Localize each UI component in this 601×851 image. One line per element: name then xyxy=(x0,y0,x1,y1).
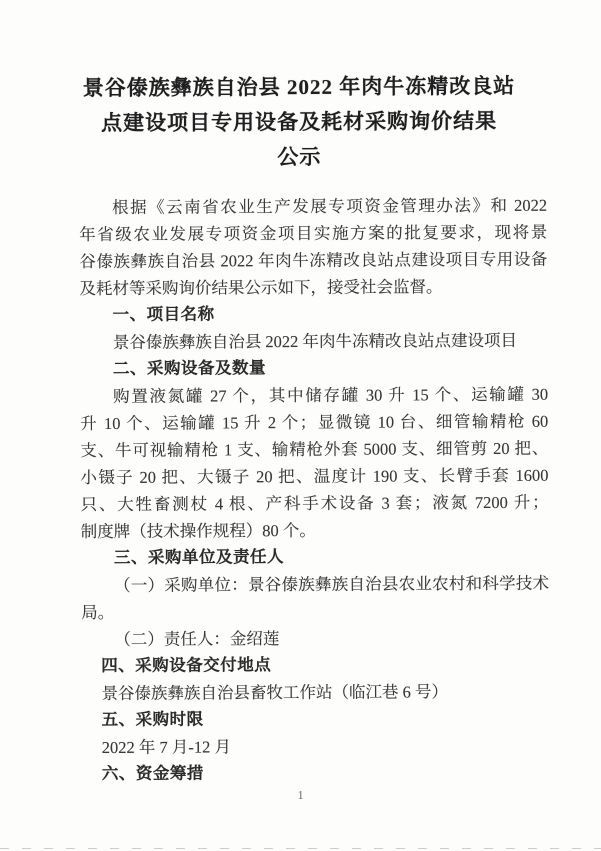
section-heading: 六、资金筹措 xyxy=(82,759,550,788)
page-number: 1 xyxy=(2,786,599,804)
scan-edge-artifact xyxy=(0,848,601,849)
text-line: 年省级农业发展专项资金项目实施方案的批复要求，现将景 xyxy=(79,219,547,248)
text-line: 小镊子 20 把、大镊子 20 把、温度计 190 支、长臂手套 1600 xyxy=(80,462,548,491)
text-line: 2022 年 7 月-12 月 xyxy=(82,732,550,761)
section-heading: 五、采购时限 xyxy=(82,705,550,734)
section-heading: 二、采购设备及数量 xyxy=(80,354,548,383)
section-heading: 四、采购设备交付地点 xyxy=(81,651,549,680)
text-line: 制度牌（技术操作规程）80 个。 xyxy=(81,516,549,545)
text-line: 景谷傣族彝族自治县畜牧工作站（临江巷 6 号） xyxy=(82,678,550,707)
scanned-page: 景谷傣族彝族自治县 2022 年肉牛冻精改良站点建设项目专用设备及耗材采购询价结… xyxy=(0,0,601,851)
text-line: 及耗材等采购询价结果公示如下，接受社会监督。 xyxy=(79,273,547,302)
text-line: 只、大牲畜测杖 4 根、产科手术设备 3 套；液氮 7200 升； xyxy=(81,489,549,518)
text-line: 购置液氮罐 27 个，其中储存罐 30 升 15 个、运输罐 30 xyxy=(80,381,548,410)
text-line: 景谷傣族彝族自治县 2022 年肉牛冻精改良站点建设项目 xyxy=(80,327,548,356)
text-line: 升 10 个、运输罐 15 升 2 个；显微镜 10 台、细管输精枪 60 xyxy=(80,408,548,437)
text-line: 根据《云南省农业生产发展专项资金管理办法》和 2022 xyxy=(79,192,547,221)
text-line: 谷傣族彝族自治县 2022 年肉牛冻精改良站点建设项目专用设备 xyxy=(79,246,547,275)
document-body: 根据《云南省农业生产发展专项资金管理办法》和 2022年省级农业发展专项资金项目… xyxy=(79,192,550,788)
text-line: （一）采购单位：景谷傣族彝族自治县农业农村和科学技术 xyxy=(81,570,549,599)
title-line: 公示 xyxy=(0,138,600,176)
section-heading: 一、项目名称 xyxy=(80,300,548,329)
page-content: 景谷傣族彝族自治县 2022 年肉牛冻精改良站点建设项目专用设备及耗材采购询价结… xyxy=(0,0,601,851)
text-line: 局。 xyxy=(81,597,549,626)
title-line: 点建设项目专用设备及耗材采购询价结果 xyxy=(0,103,600,141)
document-title: 景谷傣族彝族自治县 2022 年肉牛冻精改良站点建设项目专用设备及耗材采购询价结… xyxy=(0,68,600,176)
text-line: 支、牛可视输精枪 1 支、输精枪外套 5000 支、细管剪 20 把、 xyxy=(80,435,548,464)
title-line: 景谷傣族彝族自治县 2022 年肉牛冻精改良站 xyxy=(0,68,600,106)
text-line: （二）责任人：金绍莲 xyxy=(81,624,549,653)
section-heading: 三、采购单位及责任人 xyxy=(81,543,549,572)
